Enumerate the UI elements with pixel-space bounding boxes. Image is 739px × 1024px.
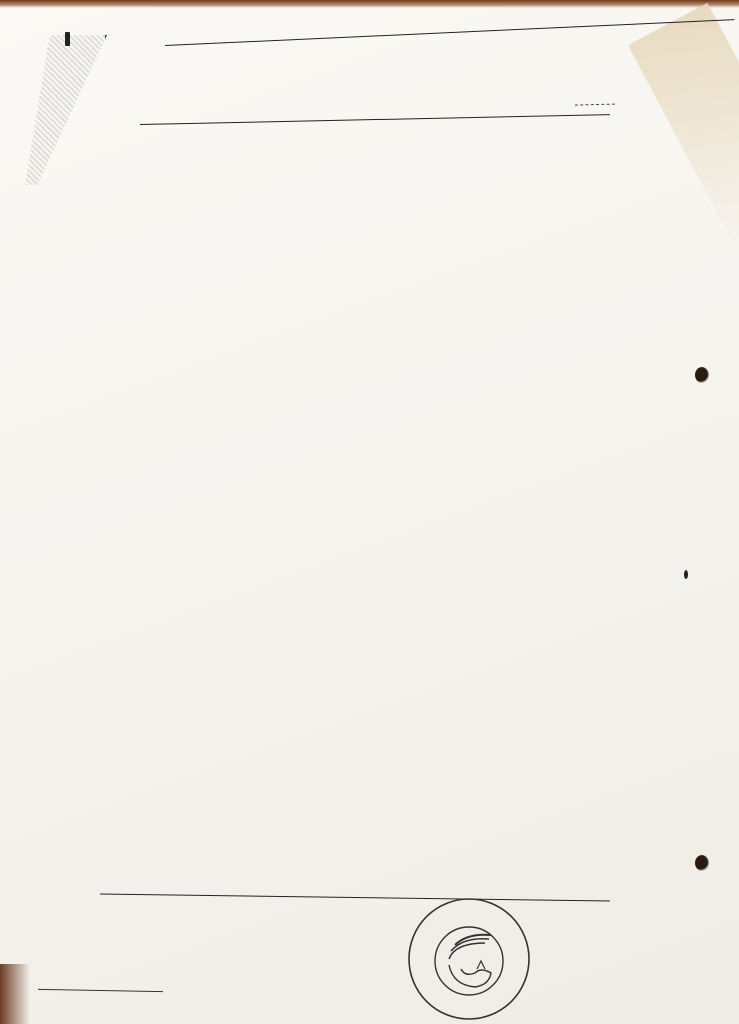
- page-edge-shadow-bottom: [0, 964, 30, 1024]
- section-6: [108, 144, 663, 159]
- scan-speck: [65, 32, 70, 46]
- scan-speck: [684, 570, 688, 579]
- header-mark: [575, 104, 615, 106]
- punch-hole-lower: [695, 855, 709, 871]
- document-body: [108, 127, 663, 176]
- page-edge-shadow: [0, 0, 739, 8]
- punch-hole-upper: [695, 367, 709, 383]
- institution-stamp: [405, 895, 533, 1023]
- section-5: [108, 128, 663, 143]
- section-7: [108, 160, 663, 175]
